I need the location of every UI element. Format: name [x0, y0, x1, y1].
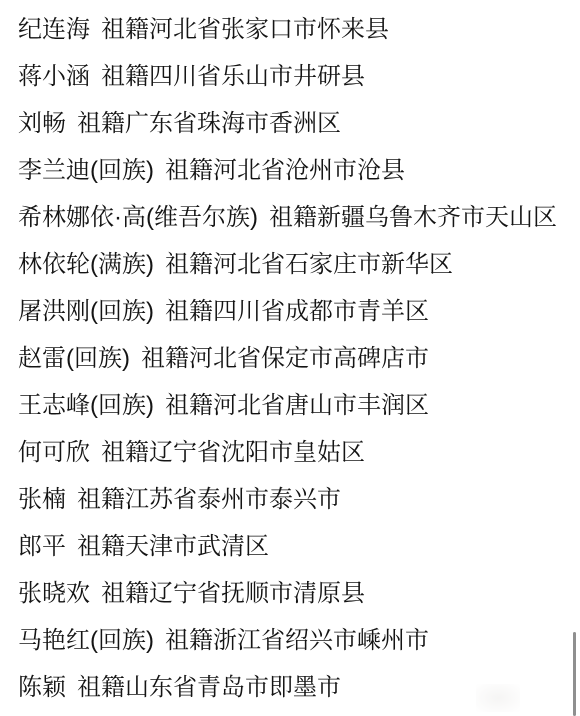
list-item: 李兰迪(回族)祖籍河北省沧州市沧县	[18, 147, 580, 194]
ancestral-home: 祖籍浙江省绍兴市嵊州市	[165, 627, 429, 654]
ancestral-home: 祖籍天津市武清区	[77, 533, 269, 560]
person-name: 马艳红(回族)	[18, 627, 154, 654]
list-item: 纪连海祖籍河北省张家口市怀来县	[18, 6, 580, 53]
list-item: 林依轮(满族)祖籍河北省石家庄市新华区	[18, 241, 580, 288]
person-name: 陈颖	[18, 674, 66, 701]
list-item: 郎平祖籍天津市武清区	[18, 523, 580, 570]
list-item: 蒋小涵祖籍四川省乐山市井研县	[18, 53, 580, 100]
list-item: 刘畅祖籍广东省珠海市香洲区	[18, 100, 580, 147]
person-name: 何可欣	[18, 439, 90, 466]
ancestral-home: 祖籍辽宁省沈阳市皇姑区	[101, 439, 365, 466]
list-item: 马艳红(回族)祖籍浙江省绍兴市嵊州市	[18, 617, 580, 664]
ancestral-home: 祖籍江苏省泰州市泰兴市	[77, 486, 341, 513]
ancestral-home: 祖籍广东省珠海市香洲区	[77, 110, 341, 137]
person-name: 赵雷(回族)	[18, 345, 130, 372]
list-item: 陈颖祖籍山东省青岛市即墨市	[18, 664, 580, 711]
person-name: 刘畅	[18, 110, 66, 137]
list-item: 张晓欢祖籍辽宁省抚顺市清原县	[18, 570, 580, 617]
ancestral-home: 祖籍新疆乌鲁木齐市天山区	[269, 204, 557, 231]
person-name: 希林娜依·高(维吾尔族)	[18, 204, 258, 231]
list-item: 希林娜依·高(维吾尔族)祖籍新疆乌鲁木齐市天山区	[18, 194, 580, 241]
person-name: 屠洪刚(回族)	[18, 298, 154, 325]
person-name: 蒋小涵	[18, 63, 90, 90]
person-name: 王志峰(回族)	[18, 392, 154, 419]
person-name: 张晓欢	[18, 580, 90, 607]
list-item: 何可欣祖籍辽宁省沈阳市皇姑区	[18, 429, 580, 476]
list-item: 王志峰(回族)祖籍河北省唐山市丰润区	[18, 382, 580, 429]
list-item: 赵雷(回族)祖籍河北省保定市高碑店市	[18, 335, 580, 382]
ancestral-home: 祖籍辽宁省抚顺市清原县	[101, 580, 365, 607]
list-item: 张楠祖籍江苏省泰州市泰兴市	[18, 476, 580, 523]
scrollbar-thumb[interactable]	[573, 632, 576, 716]
ancestral-home: 祖籍河北省唐山市丰润区	[165, 392, 429, 419]
ancestral-home-list: 纪连海祖籍河北省张家口市怀来县 蒋小涵祖籍四川省乐山市井研县 刘畅祖籍广东省珠海…	[18, 6, 580, 711]
ancestral-home: 祖籍河北省张家口市怀来县	[101, 16, 389, 43]
person-name: 林依轮(满族)	[18, 251, 154, 278]
list-item: 屠洪刚(回族)祖籍四川省成都市青羊区	[18, 288, 580, 335]
ancestral-home: 祖籍四川省成都市青羊区	[165, 298, 429, 325]
person-name: 李兰迪(回族)	[18, 157, 154, 184]
ancestral-home: 祖籍山东省青岛市即墨市	[77, 674, 341, 701]
person-name: 纪连海	[18, 16, 90, 43]
ancestral-home: 祖籍四川省乐山市井研县	[101, 63, 365, 90]
ancestral-home: 祖籍河北省石家庄市新华区	[165, 251, 453, 278]
ancestral-home: 祖籍河北省沧州市沧县	[165, 157, 405, 184]
person-name: 郎平	[18, 533, 66, 560]
person-name: 张楠	[18, 486, 66, 513]
ancestral-home: 祖籍河北省保定市高碑店市	[141, 345, 429, 372]
